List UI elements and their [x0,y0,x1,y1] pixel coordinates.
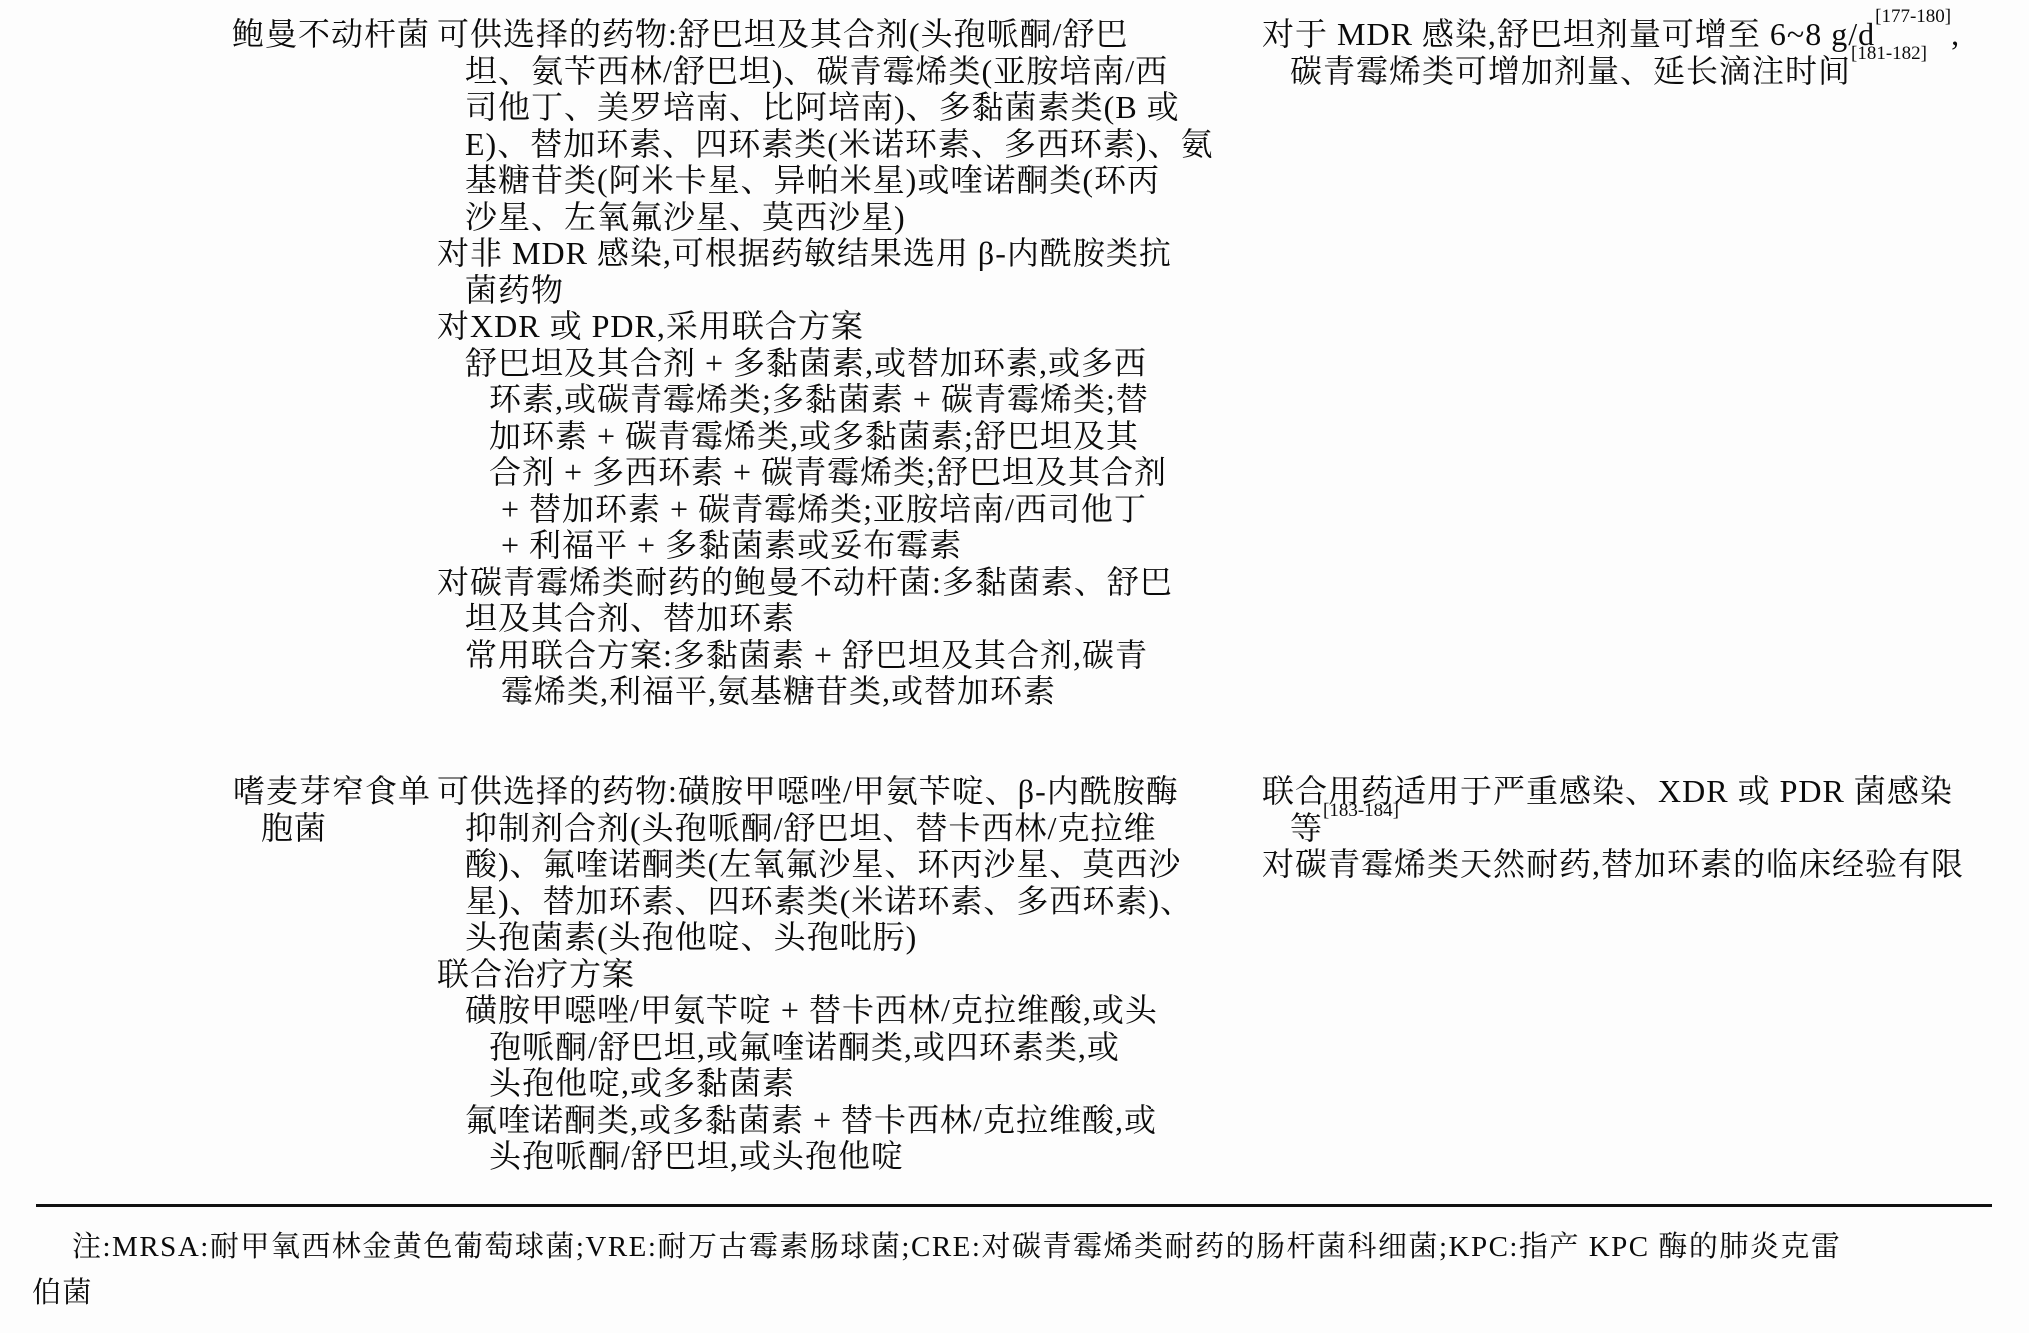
text-line-content: 头孢他啶,或多黏菌素 [489,1065,795,1101]
text-line: 头孢他啶,或多黏菌素 [437,1065,1227,1102]
text-line: 对碳青霉烯类耐药的鲍曼不动杆菌:多黏菌素、舒巴 [437,564,1227,601]
text-line: 舒巴坦及其合剂 + 多黏菌素,或替加环素,或多西 [437,345,1227,382]
text-line: 联合治疗方案 [437,956,1227,993]
text-line-content: 合剂 + 多西环素 + 碳青霉烯类;舒巴坦及其合剂 [489,454,1167,490]
text-line: + 替加环素 + 碳青霉烯类;亚胺培南/西司他丁 [437,491,1227,528]
text-line-content: + 替加环素 + 碳青霉烯类;亚胺培南/西司他丁 [501,491,1147,527]
text-line: 鲍曼不动杆菌 [232,16,437,53]
text-line-content: 常用联合方案:多黏菌素 + 舒巴坦及其合剂,碳青 [465,637,1148,673]
text-line: 酸)、氟喹诺酮类(左氧氟沙星、环丙沙星、莫西沙 [437,846,1227,883]
text-line: 等[183-184] [1262,810,2024,847]
table-footnote-line1: 注:MRSA:耐甲氧西林金黄色葡萄球菌;VRE:耐万古霉素肠球菌;CRE:对碳青… [72,1230,1841,1264]
text-line-content: 舒巴坦及其合剂 + 多黏菌素,或替加环素,或多西 [465,345,1147,381]
text-line: 基糖苷类(阿米卡星、异帕米星)或喹诺酮类(环丙 [437,162,1227,199]
text-line-content: 酸)、氟喹诺酮类(左氧氟沙星、环丙沙星、莫西沙 [465,846,1181,882]
text-line-content: 抑制剂合剂(头孢哌酮/舒巴坦、替卡西林/克拉维 [465,810,1156,846]
text-line: 磺胺甲噁唑/甲氨苄啶 + 替卡西林/克拉维酸,或头 [437,992,1227,1029]
text-line-content: 头孢菌素(头孢他啶、头孢吡肟) [465,919,917,955]
text-line: 可供选择的药物:磺胺甲噁唑/甲氨苄啶、β-内酰胺酶 [437,773,1227,810]
text-line: 沙星、左氧氟沙星、莫西沙星) [437,199,1227,236]
text-line-content: 可供选择的药物:舒巴坦及其合剂(头孢哌酮/舒巴 [437,16,1128,52]
text-line: 胞菌 [233,810,438,847]
text-line-content: 对碳青霉烯类天然耐药,替加环素的临床经验有限 [1262,846,1964,882]
organism-cell-row1: 鲍曼不动杆菌 [232,16,437,53]
text-line: 氟喹诺酮类,或多黏菌素 + 替卡西林/克拉维酸,或 [437,1102,1227,1139]
text-line: 头孢菌素(头孢他啶、头孢吡肟) [437,919,1227,956]
text-line: 嗜麦芽窄食单 [233,773,438,810]
organism-cell-row2: 嗜麦芽窄食单胞菌 [233,773,438,846]
text-line: 加环素 + 碳青霉烯类,或多黏菌素;舒巴坦及其 [437,418,1227,455]
text-line-content: 坦及其合剂、替加环素 [465,600,795,636]
text-line: 抑制剂合剂(头孢哌酮/舒巴坦、替卡西林/克拉维 [437,810,1227,847]
citation-superscript: [177-180] [1875,6,1951,27]
citation-superscript: [183-184] [1323,800,1399,821]
treatment-cell-row2: 可供选择的药物:磺胺甲噁唑/甲氨苄啶、β-内酰胺酶抑制剂合剂(头孢哌酮/舒巴坦、… [437,773,1227,1175]
text-line: 常用联合方案:多黏菌素 + 舒巴坦及其合剂,碳青 [437,637,1227,674]
text-line-content: 头孢哌酮/舒巴坦,或头孢他啶 [489,1138,904,1174]
text-line-content: 基糖苷类(阿米卡星、异帕米星)或喹诺酮类(环丙 [465,162,1160,198]
notes-cell-row2: 联合用药适用于严重感染、XDR 或 PDR 菌感染等[183-184]对碳青霉烯… [1262,773,2024,883]
text-line-content: 对非 MDR 感染,可根据药敏结果选用 β-内酰胺类抗 [437,235,1172,271]
paper-table-page: 鲍曼不动杆菌 可供选择的药物:舒巴坦及其合剂(头孢哌酮/舒巴坦、氨苄西林/舒巴坦… [0,0,2029,1333]
text-line-content: 环素,或碳青霉烯类;多黏菌素 + 碳青霉烯类;替 [489,381,1149,417]
text-line-content: 对XDR 或 PDR,采用联合方案 [437,308,864,344]
text-line-content: 碳青霉烯类可增加剂量、延长滴注时间 [1290,53,1851,89]
text-line-content: 磺胺甲噁唑/甲氨苄啶 + 替卡西林/克拉维酸,或头 [465,992,1158,1028]
text-line: 对碳青霉烯类天然耐药,替加环素的临床经验有限 [1262,846,2024,883]
text-line: 霉烯类,利福平,氨基糖苷类,或替加环素 [437,673,1227,710]
text-line-content: 嗜麦芽窄食单 [233,773,431,809]
text-line: 菌药物 [437,272,1227,309]
text-line: E)、替加环素、四环素类(米诺环素、多西环素)、氨 [437,126,1227,163]
text-line: + 利福平 + 多黏菌素或妥布霉素 [437,527,1227,564]
text-line-content: 司他丁、美罗培南、比阿培南)、多黏菌素类(B 或 [465,89,1180,125]
text-line: 坦、氨苄西林/舒巴坦)、碳青霉烯类(亚胺培南/西 [437,53,1227,90]
text-line: 孢哌酮/舒巴坦,或氟喹诺酮类,或四环素类,或 [437,1029,1227,1066]
text-line-content: 霉烯类,利福平,氨基糖苷类,或替加环素 [501,673,1056,709]
text-line-content: 孢哌酮/舒巴坦,或氟喹诺酮类,或四环素类,或 [489,1029,1120,1065]
text-line-content: 鲍曼不动杆菌 [232,16,430,52]
text-line-content: 等 [1290,810,1323,846]
text-line-content: 对碳青霉烯类耐药的鲍曼不动杆菌:多黏菌素、舒巴 [437,564,1173,600]
text-line-content: 菌药物 [465,272,564,308]
text-line-content: 沙星、左氧氟沙星、莫西沙星) [465,199,906,235]
text-line: 头孢哌酮/舒巴坦,或头孢他啶 [437,1138,1227,1175]
text-line: 对XDR 或 PDR,采用联合方案 [437,308,1227,345]
table-footnote-line2: 伯菌 [32,1276,93,1310]
text-line: 合剂 + 多西环素 + 碳青霉烯类;舒巴坦及其合剂 [437,454,1227,491]
text-line-content: + 利福平 + 多黏菌素或妥布霉素 [501,527,962,563]
treatment-cell-row1: 可供选择的药物:舒巴坦及其合剂(头孢哌酮/舒巴坦、氨苄西林/舒巴坦)、碳青霉烯类… [437,16,1227,710]
text-line: 碳青霉烯类可增加剂量、延长滴注时间[181-182] [1262,53,2024,90]
text-line-content: 加环素 + 碳青霉烯类,或多黏菌素;舒巴坦及其 [489,418,1139,454]
table-bottom-rule [36,1204,1992,1207]
text-line: 司他丁、美罗培南、比阿培南)、多黏菌素类(B 或 [437,89,1227,126]
citation-superscript: [181-182] [1851,43,1927,64]
notes-cell-row1: 对于 MDR 感染,舒巴坦剂量可增至 6~8 g/d[177-180],碳青霉烯… [1262,16,2024,89]
text-line-content: 氟喹诺酮类,或多黏菌素 + 替卡西林/克拉维酸,或 [465,1102,1157,1138]
text-line-content: 星)、替加环素、四环素类(米诺环素、多西环素)、 [465,883,1193,919]
text-line: 可供选择的药物:舒巴坦及其合剂(头孢哌酮/舒巴 [437,16,1227,53]
text-line-content: 联合治疗方案 [437,956,635,992]
text-line-content: 对于 MDR 感染,舒巴坦剂量可增至 6~8 g/d [1262,16,1875,52]
text-line-content: 胞菌 [261,810,327,846]
text-line-content: 坦、氨苄西林/舒巴坦)、碳青霉烯类(亚胺培南/西 [465,53,1168,89]
text-line-content: 可供选择的药物:磺胺甲噁唑/甲氨苄啶、β-内酰胺酶 [437,773,1179,809]
text-line: 对非 MDR 感染,可根据药敏结果选用 β-内酰胺类抗 [437,235,1227,272]
text-line: 环素,或碳青霉烯类;多黏菌素 + 碳青霉烯类;替 [437,381,1227,418]
text-line: 坦及其合剂、替加环素 [437,600,1227,637]
text-line-tail: , [1951,16,1960,52]
text-line: 星)、替加环素、四环素类(米诺环素、多西环素)、 [437,883,1227,920]
text-line-content: E)、替加环素、四环素类(米诺环素、多西环素)、氨 [465,126,1214,162]
